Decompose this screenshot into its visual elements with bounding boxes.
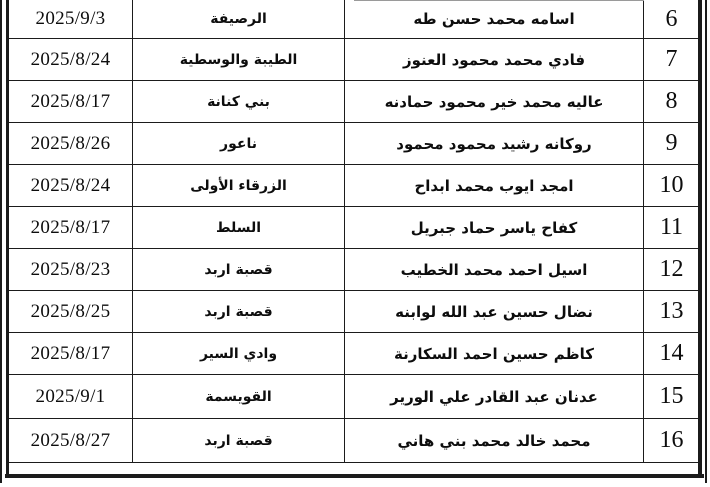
date-cell: 2025/8/27 [9,419,133,463]
outer-left-thin-border [0,0,2,483]
row-number-cell: 10 [644,165,699,207]
region-cell: قصبة اربد [133,419,345,463]
region-cell: القويسمة [133,375,345,419]
date-cell: 2025/8/24 [9,165,133,207]
name-cell: اسيل احمد محمد الخطيب [345,249,644,291]
records-table: 2025/9/3 الرصيفة اسامه محمد حسن طه 6 202… [9,0,699,463]
row-number-cell: 12 [644,249,699,291]
name-cell: عاليه محمد خير محمود حمادنه [345,81,644,123]
region-cell: الرصيفة [133,0,345,39]
name-cell: عدنان عبد القادر علي الورير [345,375,644,419]
name-cell: نضال حسين عبد الله لوابنه [345,291,644,333]
region-cell: بني كنانة [133,81,345,123]
date-cell: 2025/8/17 [9,207,133,249]
region-cell: الزرقاء الأولى [133,165,345,207]
row-number-cell: 8 [644,81,699,123]
name-cell: امجد ايوب محمد ابداح [345,165,644,207]
row-number-cell: 14 [644,333,699,375]
name-cell: كفاح ياسر حماد جبريل [345,207,644,249]
row-number-cell: 9 [644,123,699,165]
date-cell: 2025/9/1 [9,375,133,419]
outer-right-thin-border [705,0,707,483]
date-cell: 2025/8/26 [9,123,133,165]
region-cell: الطيبة والوسطية [133,39,345,81]
name-cell: روكانه رشيد محمود محمود [345,123,644,165]
region-cell: ناعور [133,123,345,165]
row-number-cell: 6 [644,0,699,39]
date-cell: 2025/9/3 [9,0,133,39]
name-cell: اسامه محمد حسن طه [345,0,644,39]
row-number-cell: 11 [644,207,699,249]
date-cell: 2025/8/17 [9,333,133,375]
row-number-cell: 15 [644,375,699,419]
table-left-border [6,0,9,478]
date-cell: 2025/8/25 [9,291,133,333]
table-bottom-border [5,474,704,478]
region-cell: قصبة اربد [133,249,345,291]
name-cell: محمد خالد محمد بني هاني [345,419,644,463]
document-page: 2025/9/3 الرصيفة اسامه محمد حسن طه 6 202… [0,0,710,487]
region-cell: السلط [133,207,345,249]
row-number-cell: 7 [644,39,699,81]
name-cell: فادي محمد محمود العنوز [345,39,644,81]
row-number-cell: 16 [644,419,699,463]
date-cell: 2025/8/23 [9,249,133,291]
name-cell: كاظم حسين احمد السكارنة [345,333,644,375]
region-cell: وادي السير [133,333,345,375]
table-right-border [698,0,702,478]
top-cut-hairline [354,0,644,1]
row-number-cell: 13 [644,291,699,333]
region-cell: قصبة اربد [133,291,345,333]
date-cell: 2025/8/24 [9,39,133,81]
date-cell: 2025/8/17 [9,81,133,123]
